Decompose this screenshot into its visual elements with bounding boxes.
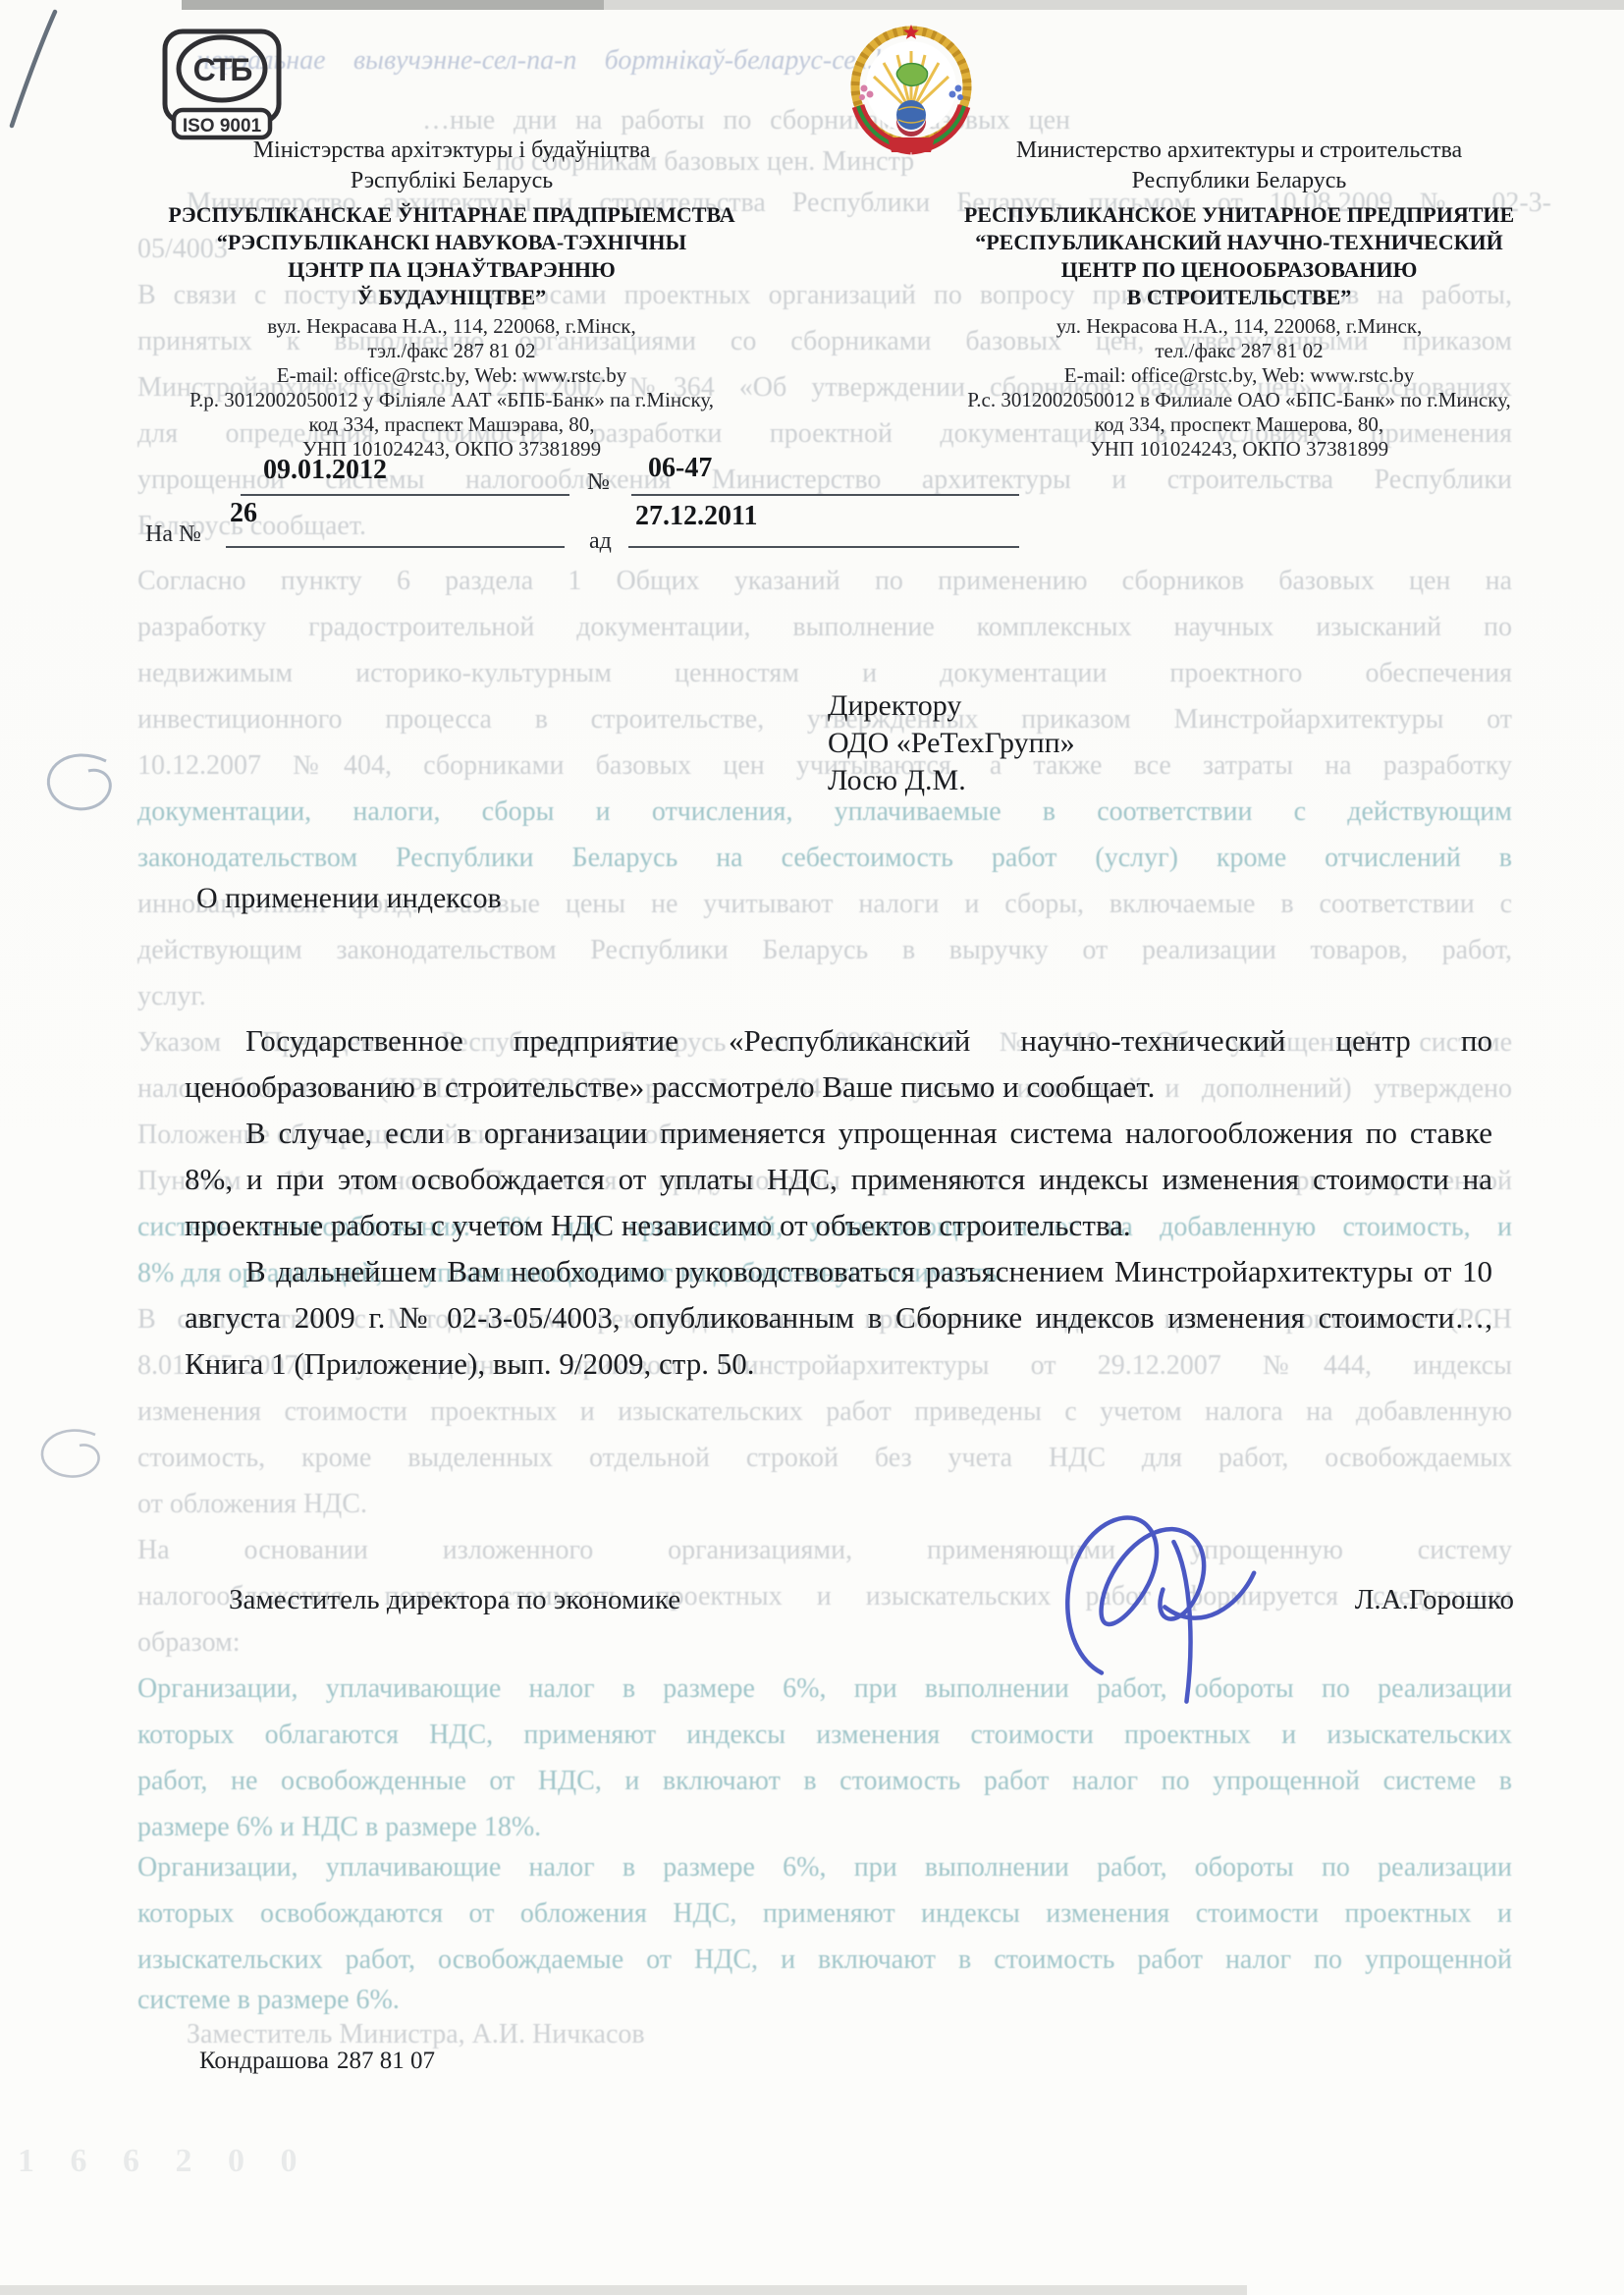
bleedthrough-line: образом: [137, 1626, 373, 1660]
scan-edge-top-dark [182, 0, 604, 10]
letter-number: 06-47 [648, 453, 712, 484]
executor-phone: 287 81 07 [337, 2048, 435, 2075]
org-name-line: РЭСПУБЛІКАНСКАЕ ЎНІТАРНАЕ ПРАДПРЫЕМСТВА [167, 201, 736, 229]
addressee-person: Лосю Д.М. [828, 762, 1075, 799]
bleedthrough-line: инвестиционного процесса в строительстве… [137, 703, 1512, 770]
executor-name: Кондрашова [199, 2048, 329, 2075]
org-name-line: Ў БУДАУНІЦТВЕ” [167, 284, 736, 311]
bank-address-line: код 334, праспект Машэрава, 80, [167, 412, 736, 437]
subject-line: О применении индексов [196, 882, 502, 915]
bleedthrough-line: услуг. [137, 980, 334, 1013]
bleedthrough-line: Согласно пункту 6 раздела 1 Общих указан… [137, 565, 1512, 631]
number-label: № [587, 469, 610, 496]
email-web-line: E-mail: office@rstc.by, Web: www.rstc.by [943, 363, 1536, 388]
addressee-company: ОДО «РеТехГрупп» [828, 725, 1075, 762]
org-name-line: ЦЕНТР ПО ЦЕНООБРАЗОВАНИЮ [943, 256, 1536, 284]
bleedthrough-line: которых освобождаются от обложения НДС, … [137, 1897, 1512, 1964]
number-underline [631, 494, 1019, 496]
address-line: вул. Некрасава Н.А., 114, 220068, г.Мінс… [167, 314, 736, 339]
bleedthrough-line: документации, налоги, сборы и отчисления… [137, 795, 1512, 862]
letter-page: нерэальнае вывучэнне-сел-па-п бортнікаў-… [0, 0, 1624, 2295]
bank-line: Р.с. 3012002050012 в Филиале ОАО «БПС-Ба… [943, 388, 1536, 412]
header-left: Міністэрства архітэктуры і будаўніцтва Р… [167, 136, 736, 462]
org-name-line: В СТРОИТЕЛЬСТВЕ” [943, 284, 1536, 311]
iso-9001-label: ISO 9001 [183, 116, 262, 137]
bank-line: Р.р. 3012002050012 у Філіяле ААТ «БПБ-Ба… [167, 388, 736, 412]
bleedthrough-line: нерэальнае вывучэнне-сел-па-п бортнікаў-… [196, 44, 923, 111]
bleedthrough-line: которых облагаются НДС, применяют индекс… [137, 1719, 1512, 1785]
bank-address-line: код 334, проспект Машерова, 80, [943, 412, 1536, 437]
bleedthrough-line: действующим законодательством Республики… [137, 934, 1512, 1001]
bleedthrough-line: Заместитель Министра, А.И. Ничкасов [187, 2018, 736, 2051]
address-line: ул. Некрасова Н.А., 114, 220068, г.Минск… [943, 314, 1536, 339]
ministry-line: Республики Беларусь [943, 166, 1536, 196]
scan-edge-top [182, 0, 1624, 10]
pen-oval-mark [25, 1419, 118, 1498]
bleedthrough-line: разработку градостроительной документаци… [137, 611, 1512, 678]
faint-stamp-digits: 1 6 6 2 0 0 [18, 2143, 311, 2180]
letter-date: 09.01.2012 [263, 455, 387, 486]
signer-name: Л.А.Горошко [1355, 1584, 1514, 1616]
stb-iso-9001-logo-icon: СТБ ISO 9001 [160, 27, 284, 143]
org-name-line: “РЕСПУБЛИКАНСКИЙ НАУЧНО-ТЕХНИЧЕСКИЙ [943, 229, 1536, 256]
bleedthrough-line: Организации, уплачивающие налог в размер… [137, 1851, 1512, 1918]
letter-body: Государственное предприятие «Республикан… [185, 1017, 1492, 1387]
phone-line: тел./факс 287 81 02 [943, 339, 1536, 363]
pen-oval-mark [29, 741, 128, 835]
reply-date-label: ад [589, 528, 612, 555]
bleedthrough-line: изыскательских работ, освобождаемые от Н… [137, 1943, 1512, 2010]
signer-position: Заместитель директора по экономике [229, 1584, 680, 1616]
date-underline [241, 494, 569, 496]
reply-date: 27.12.2011 [635, 501, 757, 532]
unp-okpo-line: УНП 101024243, ОКПО 37381899 [943, 437, 1536, 462]
bleedthrough-line: 10.12.2007 №404, сборниками базовых цен … [137, 749, 1512, 816]
bleedthrough-line: работ, не освобожденные от НДС, и включа… [137, 1765, 1512, 1831]
ministry-line: Міністэрства архітэктуры і будаўніцтва [167, 136, 736, 166]
body-paragraph: В случае, если в организации применяется… [185, 1110, 1492, 1248]
handwritten-signature [1010, 1474, 1327, 1734]
body-paragraph: В дальнейшем Вам необходимо руководствов… [185, 1248, 1492, 1387]
bleedthrough-line: изменения стоимости проектных и изыскате… [137, 1395, 1512, 1462]
reply-date-underline [628, 546, 1019, 548]
ministry-line: Рэспублікі Беларусь [167, 166, 736, 196]
org-name-line: “РЭСПУБЛІКАНСКІ НАВУКОВА-ТЭХНІЧНЫ [167, 229, 736, 256]
reply-to-label: На № [145, 521, 201, 548]
body-paragraph: Государственное предприятие «Республикан… [185, 1017, 1492, 1110]
reply-number-underline [226, 546, 565, 548]
reply-number: 26 [230, 498, 257, 529]
addressee-title: Директору [828, 687, 1075, 725]
email-web-line: E-mail: office@rstc.by, Web: www.rstc.by [167, 363, 736, 388]
bleedthrough-line: недвижимым историко-культурным ценностям… [137, 657, 1512, 724]
bleedthrough-line: системе в размере 6%. [137, 1984, 530, 2017]
bleedthrough-line: от обложения НДС. [137, 1488, 550, 1521]
phone-line: тэл./факс 287 81 02 [167, 339, 736, 363]
bleedthrough-line: стоимость, кроме выделенных отдельной ст… [137, 1442, 1512, 1508]
ministry-line: Министерство архитектуры и строительства [943, 136, 1536, 166]
header-right: Министерство архитектуры и строительства… [943, 136, 1536, 462]
pen-slash-mark [0, 0, 88, 147]
stb-monogram: СТБ [193, 52, 252, 87]
addressee-block: Директору ОДО «РеТехГрупп» Лосю Д.М. [828, 687, 1075, 799]
scan-edge-bottom [0, 2285, 1247, 2295]
org-name-line: РЕСПУБЛИКАНСКОЕ УНИТАРНОЕ ПРЕДПРИЯТИЕ [943, 201, 1536, 229]
org-name-line: ЦЭНТР ПА ЦЭНАЎТВАРЭННЮ [167, 256, 736, 284]
bleedthrough-line: размере 6% и НДС в размере 18%. [137, 1811, 687, 1844]
